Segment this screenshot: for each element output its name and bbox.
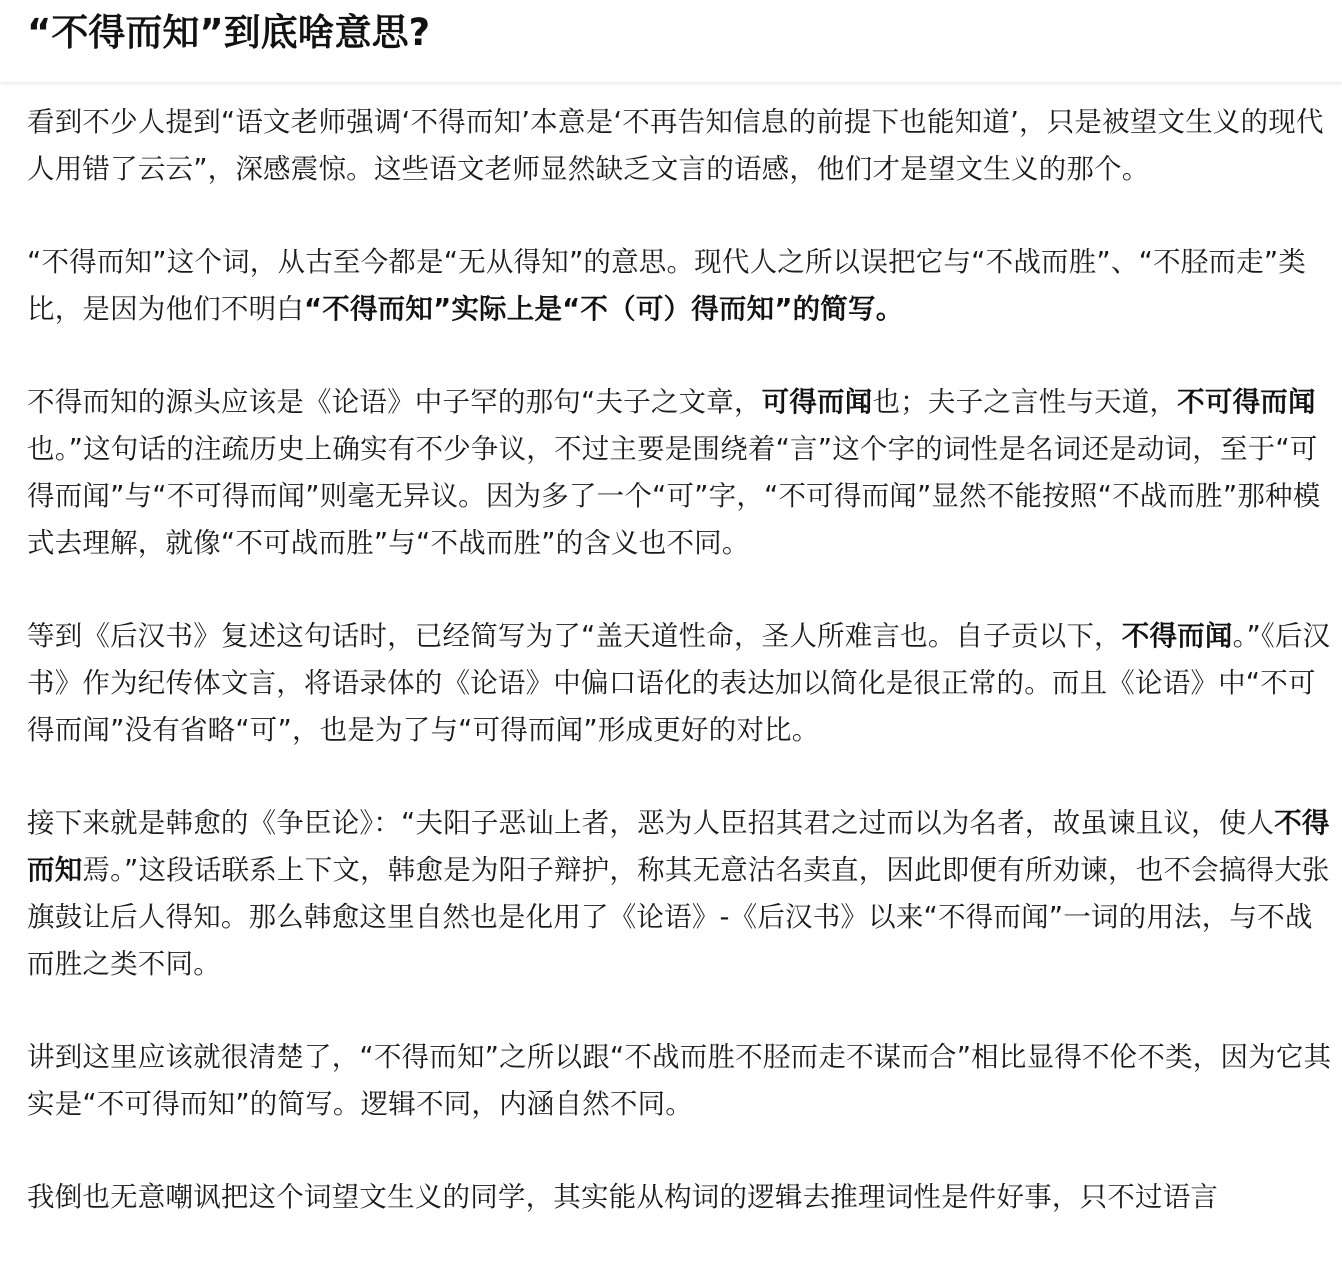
paragraph-3: 不得而知的源头应该是《论语》中子罕的那句“夫子之文章，可得而闻也；夫子之言性与天…: [27, 379, 1337, 567]
paragraph-7: 我倒也无意嘲讽把这个词望文生义的同学，其实能从构词的逻辑去推理词性是件好事，只不…: [27, 1174, 1337, 1220]
bold-text-segment: 不可得而闻: [1177, 386, 1316, 418]
bold-text-segment: “不得而知”实际上是“不（可）得而知”的简写。: [304, 293, 903, 325]
page-title: “不得而知”到底啥意思?: [27, 10, 430, 56]
text-segment: 讲到这里应该就很清楚了，“不得而知”之所以跟“不战而胜不胫而走不谋而合”相比显得…: [27, 1041, 1331, 1120]
text-segment: 也；夫子之言性与天道，: [872, 386, 1177, 418]
bold-text-segment: 可得而闻: [762, 386, 873, 418]
article-body: 看到不少人提到“语文老师强调‘不得而知’本意是‘不再告知信息的前提下也能知道’，…: [27, 99, 1337, 1220]
article-header: “不得而知”到底啥意思?: [0, 0, 1342, 83]
paragraph-2: “不得而知”这个词，从古至今都是“无从得知”的意思。现代人之所以误把它与“不战而…: [27, 239, 1337, 333]
paragraph-1: 看到不少人提到“语文老师强调‘不得而知’本意是‘不再告知信息的前提下也能知道’，…: [27, 99, 1337, 193]
paragraph-4: 等到《后汉书》复述这句话时，已经简写为了“盖天道性命，圣人所难言也。自子贡以下，…: [27, 613, 1337, 754]
bold-text-segment: 不得而闻: [1122, 620, 1233, 652]
text-segment: 焉。”这段话联系上下文，韩愈是为阳子辩护，称其无意沽名卖直，因此即便有所劝谏，也…: [27, 854, 1330, 980]
text-segment: 我倒也无意嘲讽把这个词望文生义的同学，其实能从构词的逻辑去推理词性是件好事，只不…: [27, 1181, 1218, 1213]
paragraph-5: 接下来就是韩愈的《争臣论》：“夫阳子恶讪上者，恶为人臣招其君之过而以为名者，故虽…: [27, 800, 1337, 988]
text-segment: 接下来就是韩愈的《争臣论》：“夫阳子恶讪上者，恶为人臣招其君之过而以为名者，故虽…: [27, 807, 1274, 839]
text-segment: 等到《后汉书》复述这句话时，已经简写为了“盖天道性命，圣人所难言也。自子贡以下，: [27, 620, 1122, 652]
text-segment: 看到不少人提到“语文老师强调‘不得而知’本意是‘不再告知信息的前提下也能知道’，…: [27, 106, 1324, 185]
text-segment: 也。”这句话的注疏历史上确实有不少争议，不过主要是围绕着“言”这个字的词性是名词…: [27, 433, 1320, 559]
text-segment: 不得而知的源头应该是《论语》中子罕的那句“夫子之文章，: [27, 386, 762, 418]
paragraph-6: 讲到这里应该就很清楚了，“不得而知”之所以跟“不战而胜不胫而走不谋而合”相比显得…: [27, 1034, 1337, 1128]
